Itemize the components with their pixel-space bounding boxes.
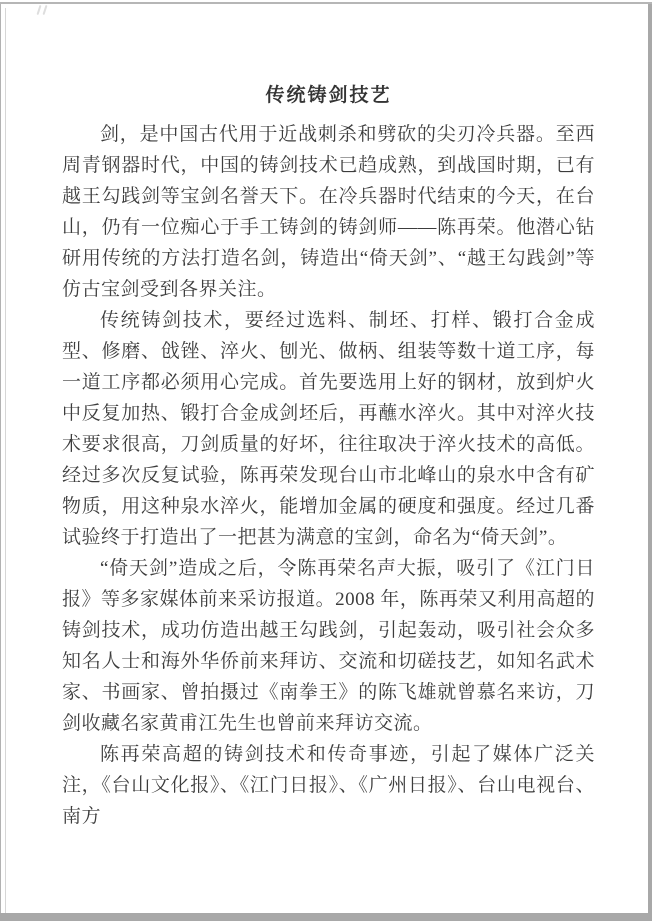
paragraph-4: 陈再荣高超的铸剑技术和传奇事迹，引起了媒体广泛关注，《台山文化报》、《江门日报》… [62,739,595,832]
scan-edge-left-outer [0,4,1,913]
scanned-page: 传统铸剑技艺 剑，是中国古代用于近战刺杀和劈砍的尖刃冷兵器。至西周青钢器时代，中… [0,0,652,921]
pen-mark-icon [38,5,52,18]
paragraph-2: 传统铸剑技术，要经过选料、制坯、打样、锻打合金成型、修磨、戗锉、淬火、刨光、做柄… [62,305,595,553]
scan-edge-bottom [0,913,652,921]
paragraph-3: “倚天剑”造成之后，令陈再荣名声大振，吸引了《江门日报》等多家媒体前来采访报道。… [62,553,595,739]
scan-edge-left-inner [5,8,6,913]
document-body: 传统铸剑技艺 剑，是中国古代用于近战刺杀和劈砍的尖刃冷兵器。至西周青钢器时代，中… [62,82,595,832]
paragraph-1: 剑，是中国古代用于近战刺杀和劈砍的尖刃冷兵器。至西周青钢器时代，中国的铸剑技术已… [62,119,595,305]
scan-edge-right [648,4,652,921]
document-title: 传统铸剑技艺 [62,82,595,109]
scan-edge-top [0,2,652,4]
